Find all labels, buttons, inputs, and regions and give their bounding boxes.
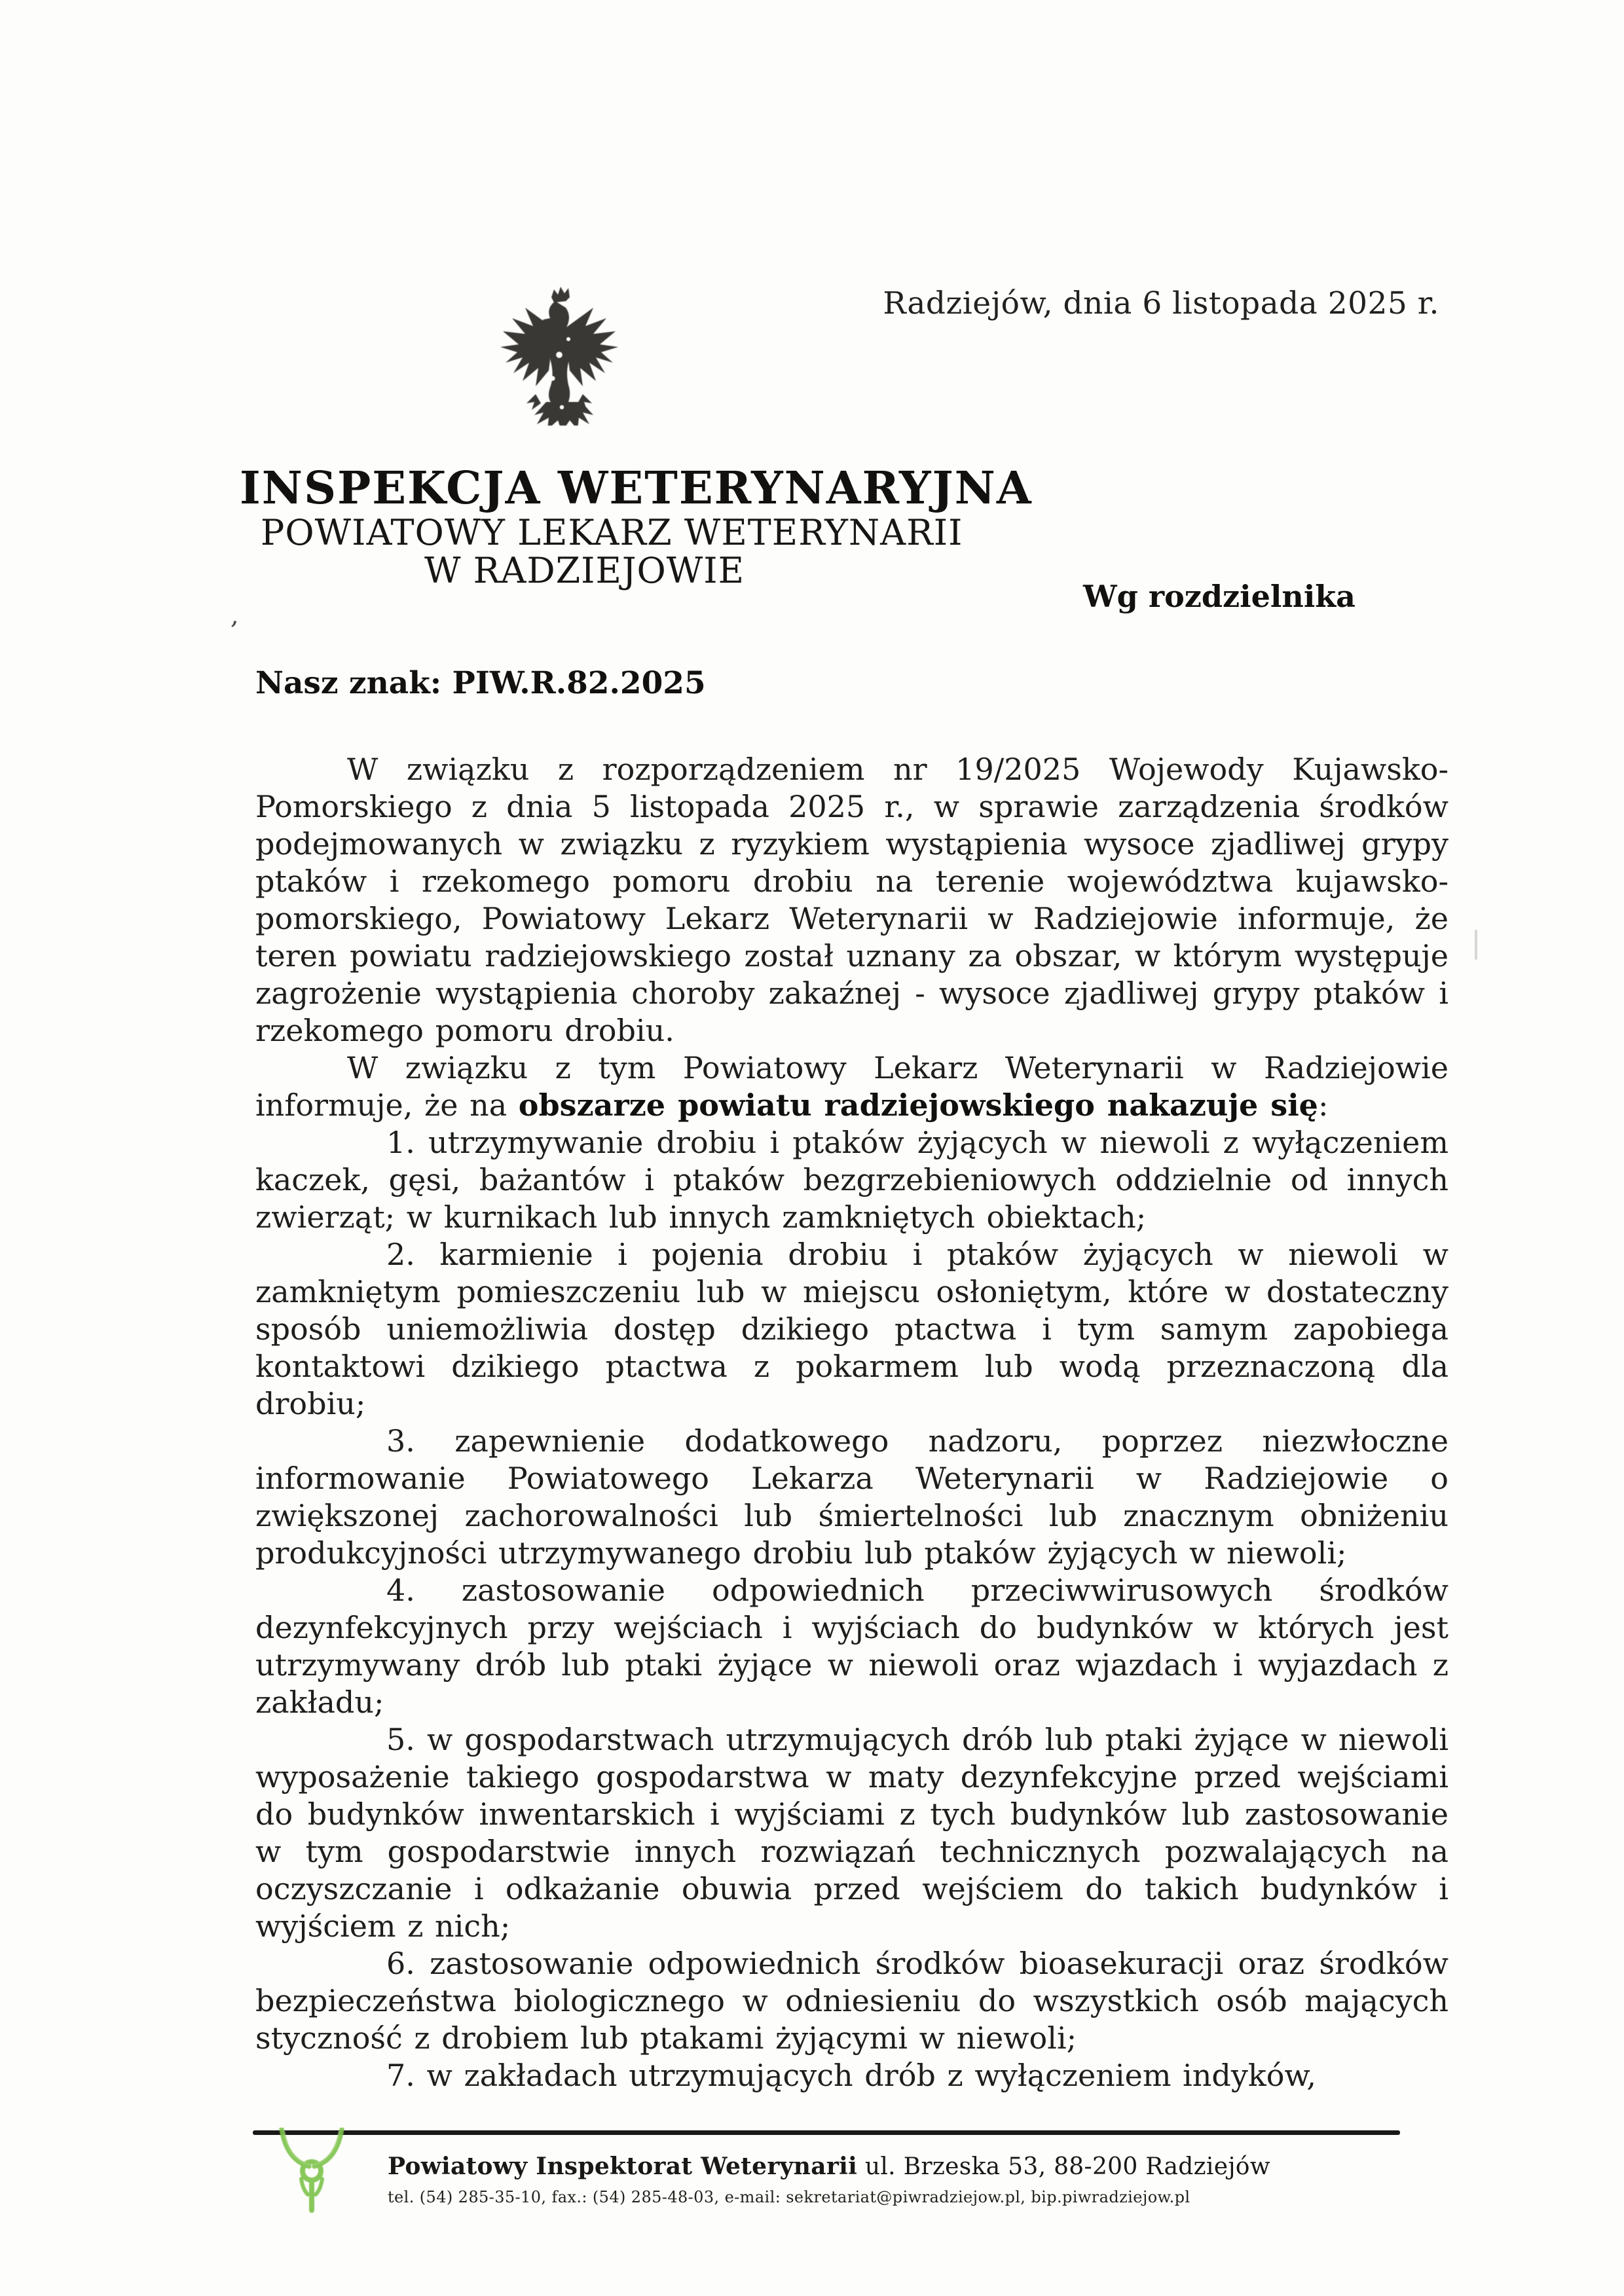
- list-item-4: 4. zastosowanie odpowiednich przeciwwiru…: [255, 1572, 1449, 1721]
- footer-divider: [253, 2130, 1400, 2135]
- letter-body: W związku z rozporządzeniem nr 19/2025 W…: [255, 751, 1449, 2094]
- org-name-line3: W RADZIEJOWIE: [424, 550, 745, 591]
- footer-org-address: Powiatowy Inspektorat Weterynarii ul. Br…: [388, 2153, 1270, 2180]
- org-name-line2: POWIATOWY LEKARZ WETERYNARII: [261, 512, 963, 553]
- list-item-5: 5. w gospodarstwach utrzymujących drób l…: [255, 1721, 1449, 1945]
- list-item-7: 7. w zakładach utrzymujących drób z wyłą…: [255, 2057, 1449, 2094]
- footer-contact-line: tel. (54) 285-35-10, fax.: (54) 285-48-0…: [388, 2188, 1190, 2206]
- footer-org-name: Powiatowy Inspektorat Weterynarii: [388, 2153, 857, 2180]
- date-line: Radziejów, dnia 6 listopada 2025 r.: [883, 285, 1439, 321]
- paragraph-order-bold: obszarze powiatu radziejowskiego nakazuj…: [519, 1087, 1318, 1123]
- list-item-6: 6. zastosowanie odpowiednich środków bio…: [255, 1945, 1449, 2057]
- scan-artifact-mark: ʼ: [226, 616, 238, 647]
- scan-artifact-speck: [1475, 930, 1477, 960]
- paragraph-intro: W związku z rozporządzeniem nr 19/2025 W…: [255, 751, 1449, 1049]
- reference-number: Nasz znak: PIW.R.82.2025: [255, 665, 706, 701]
- polish-eagle-icon: [496, 287, 622, 426]
- scanned-letter-page: Radziejów, dnia 6 listopada 2025 r.: [0, 0, 1624, 2296]
- list-item-2: 2. karmienie i pojenia drobiu i ptaków ż…: [255, 1236, 1449, 1423]
- list-item-1: 1. utrzymywanie drobiu i ptaków żyjących…: [255, 1124, 1449, 1236]
- veterinary-logo-icon: [278, 2128, 346, 2214]
- distribution-note: Wg rozdzielnika: [1083, 579, 1356, 614]
- org-name-line1: INSPEKCJA WETERYNARYJNA: [240, 462, 1033, 515]
- list-item-3: 3. zapewnienie dodatkowego nadzoru, popr…: [255, 1423, 1449, 1572]
- footer-address: ul. Brzeska 53, 88-200 Radziejów: [857, 2153, 1270, 2180]
- paragraph-order: W związku z tym Powiatowy Lekarz Weteryn…: [255, 1049, 1449, 1124]
- paragraph-order-end: :: [1318, 1087, 1329, 1123]
